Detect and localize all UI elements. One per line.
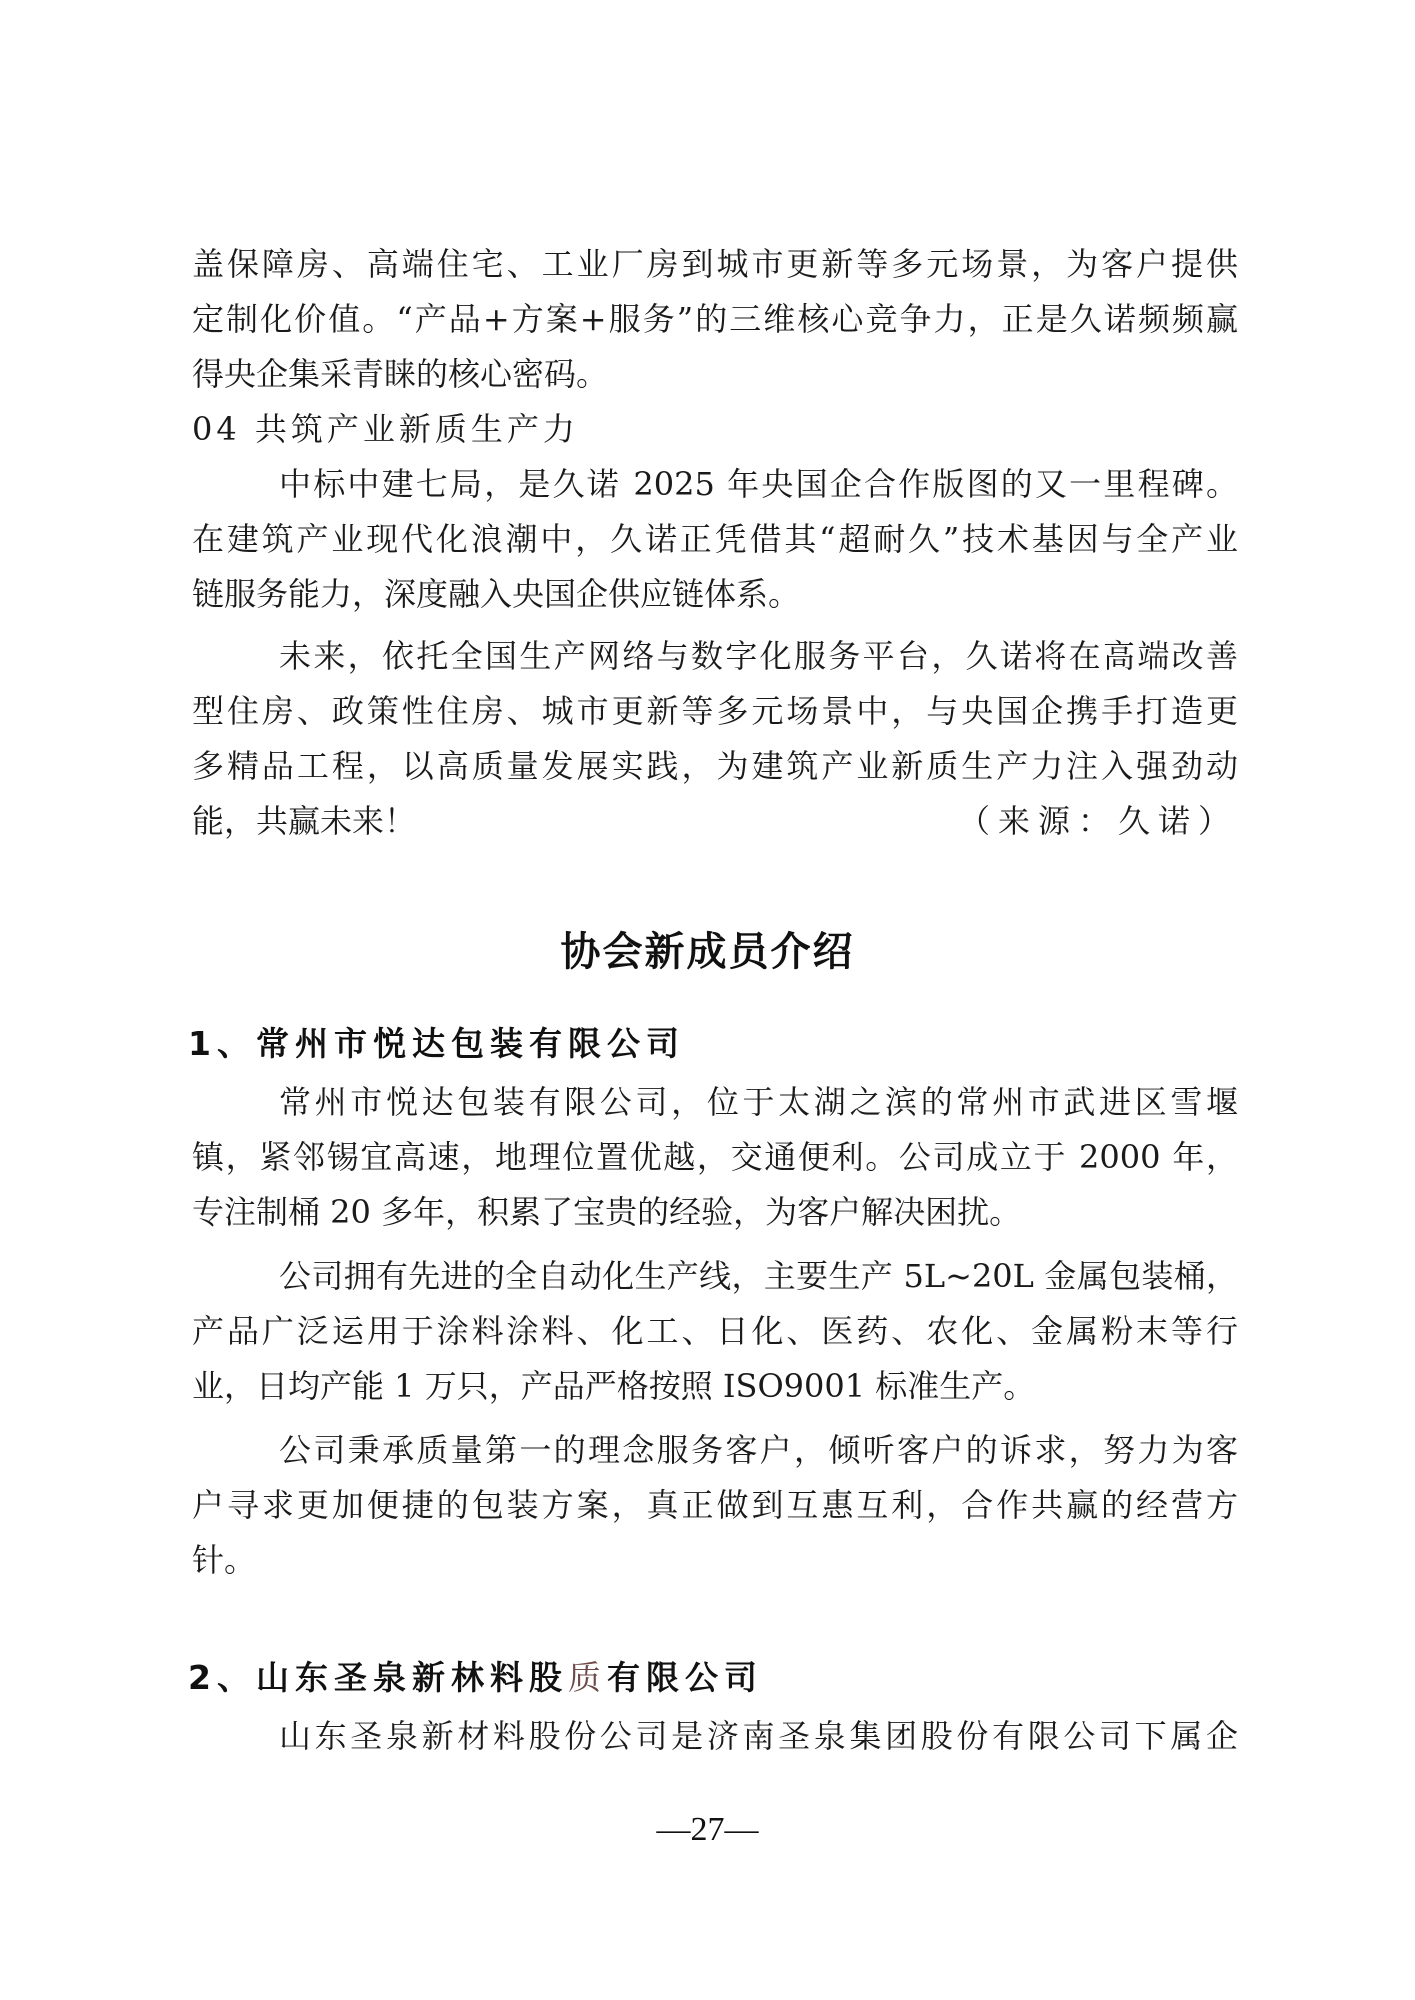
paragraph-line: 产品广泛运用于涂料涂料、化工、日化、医药、农化、金属粉末等行 bbox=[192, 1309, 1238, 1353]
paragraph-line: 户寻求更加便捷的包装方案，真正做到互惠互利，合作共赢的经营方 bbox=[192, 1483, 1238, 1527]
member-heading-text: 2、山东圣泉新林料股 bbox=[188, 1658, 568, 1697]
document-page: 盖保障房、高端住宅、工业厂房到城市更新等多元场景，为客户提供 定制化价值。“产品… bbox=[0, 0, 1415, 2000]
paragraph-line: 专注制桶 20 多年，积累了宝贵的经验，为客户解决困扰。 bbox=[192, 1190, 1238, 1234]
paragraph-line: 型住房、政策性住房、城市更新等多元场景中，与央国企携手打造更 bbox=[192, 689, 1238, 733]
section-title: 协会新成员介绍 bbox=[0, 924, 1415, 980]
paragraph-line: 针。 bbox=[192, 1538, 1238, 1582]
member-heading: 2、山东圣泉新林料股质有限公司 bbox=[188, 1654, 763, 1702]
paragraph-line: 公司秉承质量第一的理念服务客户，倾听客户的诉求，努力为客 bbox=[279, 1428, 1238, 1472]
paragraph-line: 中标中建七局，是久诺 2025 年央国企合作版图的又一里程碑。 bbox=[279, 462, 1238, 506]
paragraph-line: 常州市悦达包装有限公司，位于太湖之滨的常州市武进区雪堰 bbox=[279, 1080, 1238, 1124]
member-heading-text: 有限公司 bbox=[607, 1658, 763, 1697]
page-number: —27— bbox=[0, 1808, 1415, 1852]
paragraph-line: 山东圣泉新材料股份公司是济南圣泉集团股份有限公司下属企 bbox=[279, 1714, 1238, 1758]
source-attribution: （来源：久诺） bbox=[958, 799, 1238, 843]
paragraph-line: 定制化价值。“产品+方案+服务”的三维核心竞争力，正是久诺频频赢 bbox=[192, 297, 1238, 341]
paragraph-line: 镇，紧邻锡宜高速，地理位置优越，交通便利。公司成立于 2000 年， bbox=[192, 1135, 1238, 1179]
paragraph-line: 多精品工程，以高质量发展实践，为建筑产业新质生产力注入强劲动 bbox=[192, 744, 1238, 788]
member-heading: 1、常州市悦达包装有限公司 bbox=[188, 1020, 685, 1068]
paragraph-line: 盖保障房、高端住宅、工业厂房到城市更新等多元场景，为客户提供 bbox=[192, 242, 1238, 286]
section-subheading: 04 共筑产业新质生产力 bbox=[192, 407, 579, 451]
member-heading-highlight-char: 质 bbox=[568, 1658, 607, 1697]
paragraph-line: 得央企集采青睐的核心密码。 bbox=[192, 352, 1238, 396]
paragraph-line: 未来，依托全国生产网络与数字化服务平台，久诺将在高端改善 bbox=[279, 634, 1238, 678]
paragraph-line: 链服务能力，深度融入央国企供应链体系。 bbox=[192, 572, 1238, 616]
paragraph-line: 在建筑产业现代化浪潮中，久诺正凭借其“超耐久”技术基因与全产业 bbox=[192, 517, 1238, 561]
paragraph-line: 公司拥有先进的全自动化生产线，主要生产 5L~20L 金属包装桶， bbox=[279, 1254, 1238, 1298]
paragraph-line: 业，日均产能 1 万只，产品严格按照 ISO9001 标准生产。 bbox=[192, 1364, 1238, 1408]
